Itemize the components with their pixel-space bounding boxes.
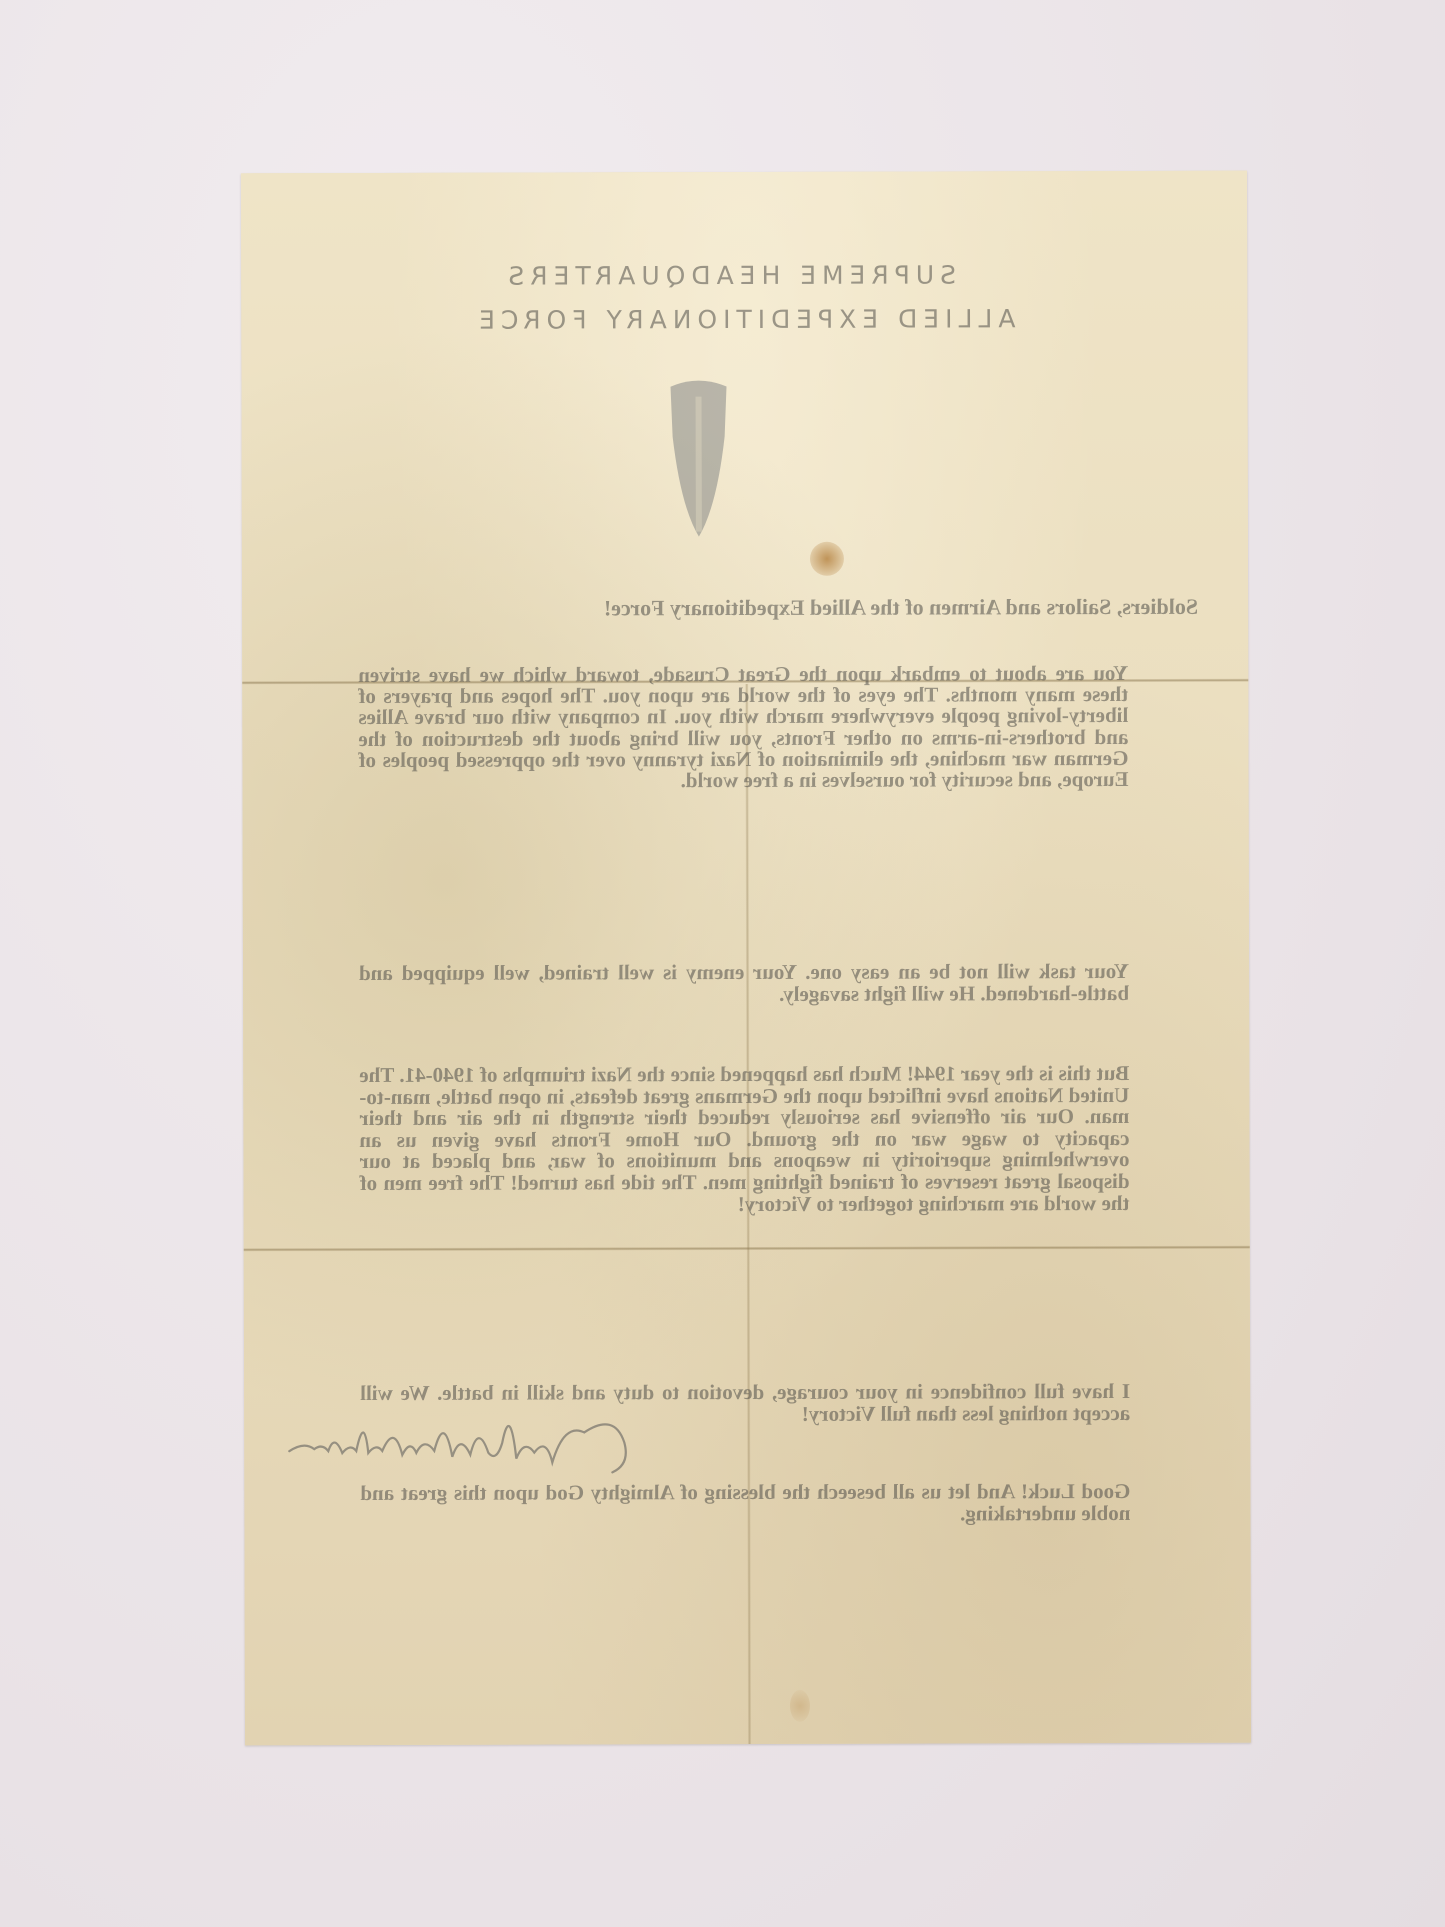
stain-spot-faint — [790, 1690, 810, 1722]
header-line-1: SUPREME HEADQUARTERS — [241, 253, 1247, 300]
signature — [284, 1392, 754, 1483]
paragraph-3: But this is the year 1944! Much has happ… — [359, 1063, 1129, 1216]
signature-scribble-icon — [284, 1392, 754, 1483]
letter-paper: SUPREME HEADQUARTERS ALLIED EXPEDITIONAR… — [241, 171, 1251, 1746]
salutation: Soldiers, Sailors and Airmen of the Alli… — [312, 594, 1198, 622]
paragraph-5: Good Luck! And let us all beseech the bl… — [360, 1481, 1130, 1526]
stain-spot — [810, 542, 844, 576]
shield-emblem-icon — [666, 374, 730, 544]
paragraph-1: You are about to embark upon the Great C… — [358, 663, 1128, 792]
header-line-2: ALLIED EXPEDITIONARY FORCE — [241, 297, 1247, 344]
paragraph-2: Your task will not be an easy one. Your … — [359, 961, 1129, 1006]
